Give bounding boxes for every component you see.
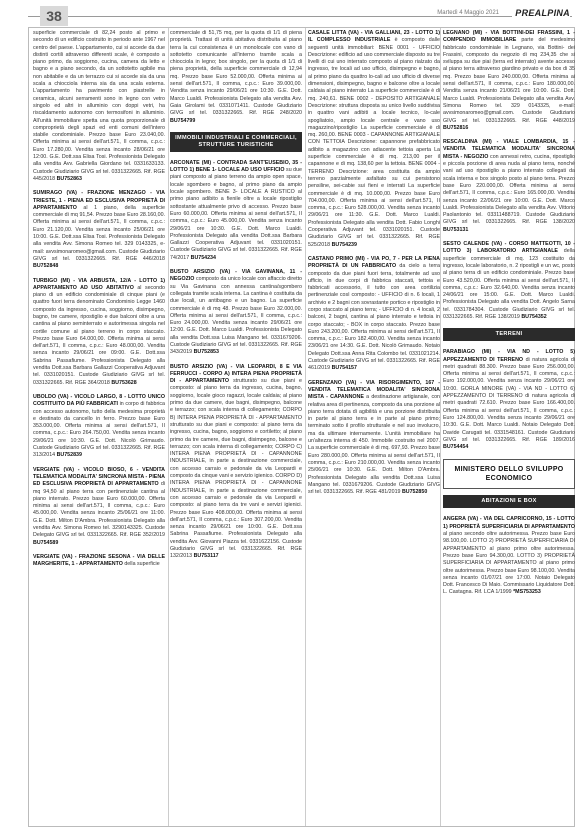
- listing-code: BU752848: [33, 263, 58, 269]
- listing-entry: VERGIATE (VA) - VICOLO BIOSO, 6 - VENDIT…: [33, 467, 165, 547]
- listing-text: strutturato su due piani e composto: al …: [170, 378, 302, 559]
- ministry-box: MINISTERO DELLO SVILUPPO ECONOMICO: [443, 459, 575, 489]
- listing-entry: RESCALDINA (MI) - VIALE LOMBARDIA, 15 - …: [443, 139, 575, 234]
- listing-text: superficie commerciale di 82,24 posto al…: [33, 30, 165, 182]
- listing-entry: superficie commerciale di 82,24 posto al…: [33, 30, 165, 183]
- listing-entry: ANGERA (VA) - VIA DEL CAPRICORNO, 15 - L…: [443, 516, 575, 596]
- classifieds-page: superficie commerciale di 82,24 posto al…: [28, 27, 575, 827]
- page-number: 38: [40, 6, 68, 26]
- listing-heading: ANGERA (VA) - VIA DEL CAPRICORNO, 15 - L…: [443, 516, 575, 529]
- listing-text: al 1 piano, della superficie commerciale…: [33, 205, 165, 262]
- listing-text: con annessi retro, cucina, ripostiglio e…: [443, 154, 575, 226]
- listing-heading: ARCONATE (MI) - CONTRADA SANT'EUSEBIO, 3…: [170, 160, 302, 173]
- listing-code: BU752853: [194, 349, 219, 355]
- listing-entry: ARCONATE (MI) - CONTRADA SANT'EUSEBIO, 3…: [170, 160, 302, 262]
- listing-entry: SESTO CALENDE (VA) - CORSO MATTEOTTI, 10…: [443, 241, 575, 321]
- listing-code: BU752850: [402, 489, 427, 495]
- listing-entry: CASALE LITTA (VA) - VIA GALLIANI, 23 - L…: [308, 30, 440, 249]
- listing-entry: VERGIATE (VA) - FRAZIONE SESONA - VIA DE…: [33, 554, 165, 569]
- listing-code: BU754239: [332, 242, 357, 248]
- listing-entry: BUSTO ARSIZIO (VA) - VIA GAVINANA, 11 - …: [170, 269, 302, 357]
- listing-text: composto da unico locale con affaccio di…: [170, 276, 302, 355]
- listing-text: di natura agricola di metri quadrati 88.…: [443, 357, 575, 443]
- listing-code: BU752863: [57, 176, 82, 182]
- column-divider: [305, 28, 306, 826]
- column-divider: [440, 28, 441, 826]
- listing-entry: LEGNANO (MI) - VIA BOTTINI-DEI FRASSINI,…: [443, 30, 575, 132]
- listing-code: BU753117: [194, 553, 219, 559]
- listing-text: al piano secondo oltre autorimessa. Prez…: [443, 531, 575, 595]
- header-rule: [28, 16, 572, 17]
- newspaper-brand: PREALPINA: [512, 8, 570, 18]
- listing-entry: TURBIGO (MI) - VIA ARBUSTA, 12/A - LOTTO…: [33, 278, 165, 387]
- listing-text: al secondo piano di un edificio condomin…: [33, 285, 165, 386]
- listing-text: commerciale di 51,75 mq, per la quota di…: [170, 30, 302, 116]
- listing-code: BU753131: [443, 227, 468, 233]
- listing-text: della superficie commerciale di mq. 123 …: [443, 248, 575, 320]
- listing-text: a destinazione artigianale, con relativa…: [308, 394, 440, 495]
- listing-entry: UBOLDO (VA) - VICOLO LARGO, 8 - LOTTO UN…: [33, 394, 165, 460]
- listing-entry: CASTANO PRIMO (MI) - VIA PO, 7 - PER LA …: [308, 256, 440, 373]
- listing-code: BU752816: [443, 125, 468, 131]
- section-header: TERRENI: [443, 328, 575, 341]
- listing-entry: PARABIAGO (MI) - VIA ND - LOTTO 5) APPEZ…: [443, 349, 575, 451]
- listing-text: di mq 94,50 al piano terra con pertinenz…: [33, 481, 165, 538]
- column-3: CASALE LITTA (VA) - VIA GALLIANI, 23 - L…: [308, 30, 440, 503]
- listing-code: BU754234: [191, 255, 216, 261]
- listing-code: BU754589: [33, 540, 58, 546]
- listing-text: è composto dalle seguenti unità immobili…: [308, 37, 440, 247]
- listing-text: su due piani composto al piano terreno d…: [170, 167, 302, 261]
- section-header: ABITAZIONI E BOX: [443, 495, 575, 508]
- listing-entry: commerciale di 51,75 mq, per la quota di…: [170, 30, 302, 125]
- listing-text: della superficie: [124, 561, 159, 567]
- column-2: commerciale di 51,75 mq, per la quota di…: [170, 30, 302, 568]
- listing-entry: SUMIRAGO (VA) - FRAZIONE MENZAGO - VIA T…: [33, 190, 165, 270]
- listing-code: BU753628: [111, 380, 136, 386]
- listing-code: BU754454: [443, 444, 468, 450]
- listing-text: in corpo di fabbrica con accesso autonom…: [33, 401, 165, 458]
- listing-heading: SESTO CALENDE (VA) - CORSO MATTEOTTI, 10…: [443, 241, 575, 254]
- listing-code: BU754799: [170, 118, 195, 124]
- column-4: LEGNANO (MI) - VIA BOTTINI-DEI FRASSINI,…: [443, 30, 575, 604]
- listing-code: BU754157: [332, 365, 357, 371]
- listing-heading: VERGIATE (VA) - VICOLO BIOSO, 6 - VENDIT…: [33, 467, 165, 488]
- listing-entry: BUSTO ARSIZIO (VA) - VIA LEOPARDI, 8 E V…: [170, 364, 302, 561]
- listing-code: *MS753253: [513, 589, 541, 595]
- listing-text: parte del medesimo fabbricato condominia…: [443, 37, 575, 123]
- listing-code: BU752839: [57, 452, 82, 458]
- listing-text: da cielo a terra composto da due piani f…: [308, 263, 440, 371]
- column-1: superficie commerciale di 82,24 posto al…: [33, 30, 165, 575]
- column-divider: [168, 28, 169, 826]
- issue-date: Martedì 4 Maggio 2021: [434, 10, 502, 16]
- listing-entry: GERENZANO (VA) - VIA RISORGIMENTO, 167 -…: [308, 380, 440, 497]
- section-header: IMMOBILI INDUSTRIALI E COMMERCIALI, STRU…: [170, 132, 302, 152]
- listing-code: BU754352: [521, 314, 546, 320]
